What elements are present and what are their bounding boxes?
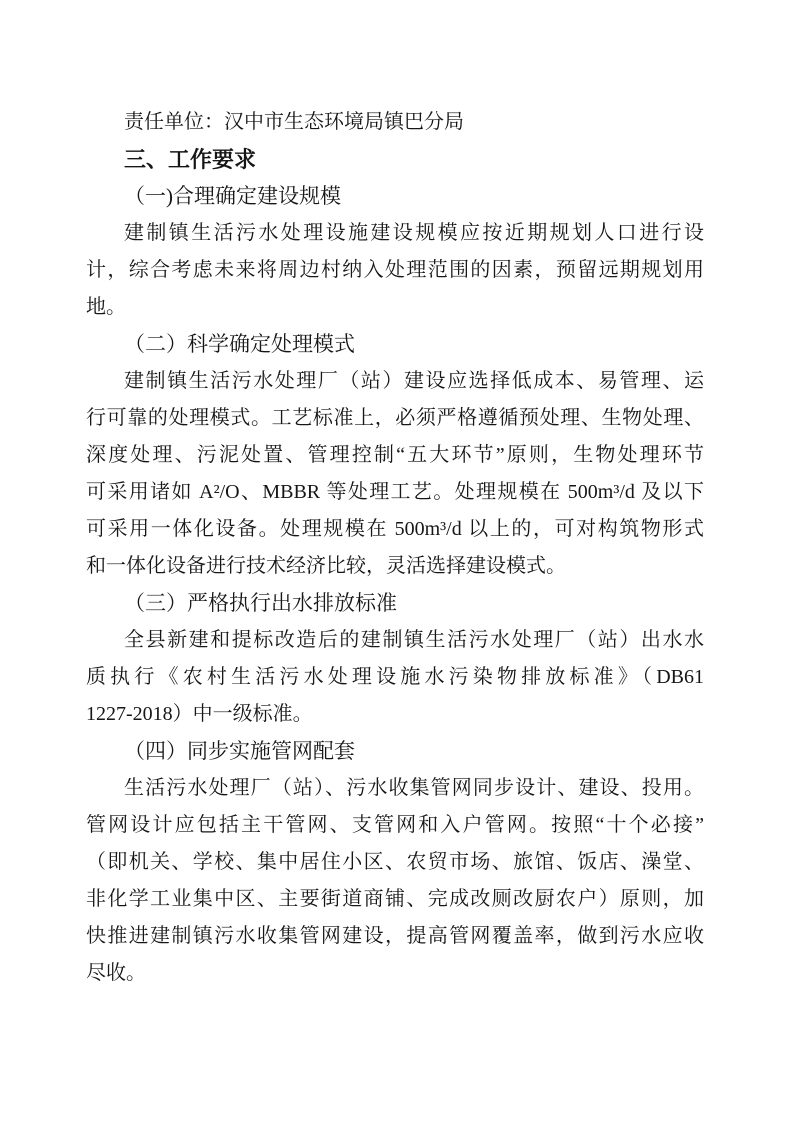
para-4-line-3: （即机关、学校、集中居住小区、农贸市场、旅馆、饭店、澡堂、 bbox=[86, 844, 704, 881]
para-1-line-2: 计，综合考虑未来将周边村纳入处理范围的因素，预留远期规划用 bbox=[86, 252, 704, 289]
para-2-line-3: 深度处理、污泥处置、管理控制“五大环节”原则，生物处理环节 bbox=[86, 437, 704, 474]
para-2-line-6: 和一体化设备进行技术经济比较，灵活选择建设模式。 bbox=[86, 548, 704, 585]
section-heading: 三、工作要求 bbox=[86, 141, 704, 178]
responsible-unit-line: 责任单位：汉中市生态环境局镇巴分局 bbox=[86, 104, 704, 141]
subsection-2-heading: （二）科学确定处理模式 bbox=[86, 326, 704, 363]
para-2-line-1: 建制镇生活污水处理厂（站）建设应选择低成本、易管理、运 bbox=[86, 363, 704, 400]
para-3-line-3: 1227-2018）中一级标准。 bbox=[86, 696, 704, 733]
para-3-line-2: 质执行《农村生活污水处理设施水污染物排放标准》（DB61 bbox=[86, 659, 704, 696]
para-4-line-2: 管网设计应包括主干管网、支管网和入户管网。按照“十个必接” bbox=[86, 807, 704, 844]
para-2-line-2: 行可靠的处理模式。工艺标准上，必须严格遵循预处理、生物处理、 bbox=[86, 400, 704, 437]
para-1-line-3: 地。 bbox=[86, 289, 704, 326]
subsection-4-heading: （四）同步实施管网配套 bbox=[86, 733, 704, 770]
para-4-line-1: 生活污水处理厂（站）、污水收集管网同步设计、建设、投用。 bbox=[86, 770, 704, 807]
para-4-line-4: 非化学工业集中区、主要街道商铺、完成改厕改厨农户）原则，加 bbox=[86, 881, 704, 918]
para-4-line-6: 尽收。 bbox=[86, 955, 704, 992]
para-3-line-1: 全县新建和提标改造后的建制镇生活污水处理厂（站）出水水 bbox=[86, 622, 704, 659]
document-content: 责任单位：汉中市生态环境局镇巴分局 三、工作要求 （一)合理确定建设规模 建制镇… bbox=[86, 104, 704, 992]
para-2-line-4: 可采用诸如 A²/O、MBBR 等处理工艺。处理规模在 500m³/d 及以下的… bbox=[86, 474, 704, 511]
para-2-line-5: 可采用一体化设备。处理规模在 500m³/d 以上的，可对构筑物形式 bbox=[86, 511, 704, 548]
document-page: 责任单位：汉中市生态环境局镇巴分局 三、工作要求 （一)合理确定建设规模 建制镇… bbox=[0, 0, 793, 1122]
para-1-line-1: 建制镇生活污水处理设施建设规模应按近期规划人口进行设 bbox=[86, 215, 704, 252]
para-4-line-5: 快推进建制镇污水收集管网建设，提高管网覆盖率，做到污水应收 bbox=[86, 918, 704, 955]
subsection-3-heading: （三）严格执行出水排放标准 bbox=[86, 585, 704, 622]
subsection-1-heading: （一)合理确定建设规模 bbox=[86, 178, 704, 215]
